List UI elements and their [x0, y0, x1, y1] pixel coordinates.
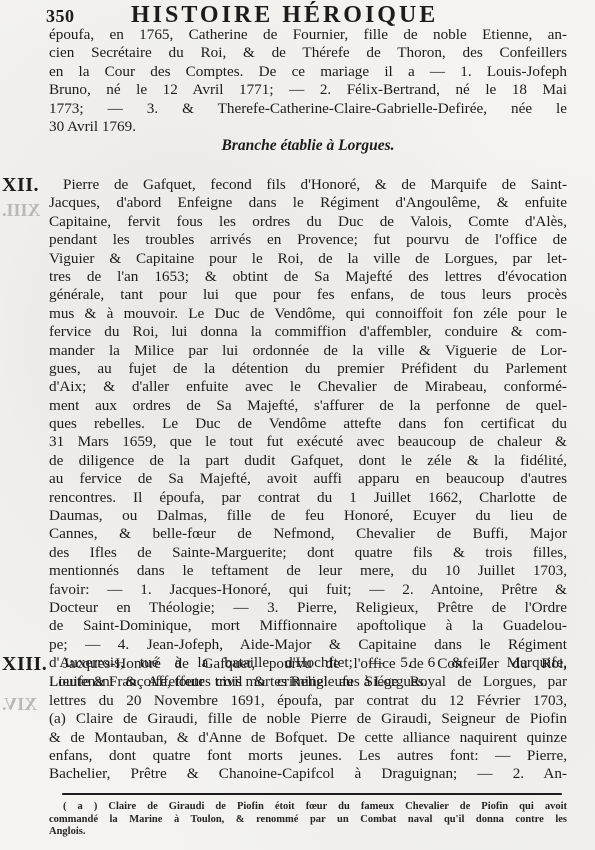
footnote-line: Anglois. — [49, 826, 567, 839]
footnote-rule — [62, 793, 562, 795]
text-line: de Saint-Dominique, mort Miffionnaire ap… — [49, 617, 567, 635]
text-line: cien Secrétaire du Roi, & de Thérefe de … — [49, 44, 567, 62]
text-line: lettres du 20 Novembre 1691, époufa, par… — [49, 692, 567, 710]
text-line: en la Cour des Comptes. De ce mariage il… — [49, 63, 567, 81]
book-page: 350 HISTOIRE HÉROIQUE époufa, en 1765, C… — [0, 0, 595, 850]
text-line: au fervice de Sa Majefté, avoit auffi ap… — [49, 470, 567, 488]
text-line: Bachelier, Prêtre & Chanoine-Capifcol à … — [49, 765, 567, 783]
text-line: pe; — 4. Jean-Jofeph, Aide-Major & Capit… — [49, 636, 567, 654]
bleed-through-marker: XIII. — [2, 200, 41, 221]
text-line: 30 Avril 1769. — [49, 118, 567, 136]
text-line: gues, au fujet de la détention du premie… — [49, 360, 567, 378]
generation-paragraph: Pierre de Gafquet, fecond fils d'Honoré,… — [49, 176, 567, 691]
page-number: 350 — [46, 6, 75, 27]
text-line: Lieutenant & Affeffeur civil & criminel … — [49, 673, 567, 691]
text-line: tres de l'an 1653; & obtint de Sa Majeft… — [49, 268, 567, 286]
footnote: ( a ) Claire de Giraudi de Piofin étoit … — [49, 801, 567, 839]
text-line: de diligence de la part dudit Gafquet, d… — [49, 452, 567, 470]
text-line: 31 Mars 1659, que le tout fut exécuté av… — [49, 433, 567, 451]
generation-paragraph: Jacques-Honoré de Gafquet, pourvu de l'o… — [49, 655, 567, 784]
text-line: pendant les troubles arrivés en Provence… — [49, 231, 567, 249]
text-line: Capitaine, fervit fous les ordres du Duc… — [49, 213, 567, 231]
text-line: Daumas, ou Dalmas, fille de feu Honoré, … — [49, 507, 567, 525]
generation-marker: XIII. — [2, 653, 47, 676]
text-line: 1773; — 3. & Therefe-Catherine-Claire-Ga… — [49, 100, 567, 118]
text-line: fervice du Roi, lui donna la commiffion … — [49, 323, 567, 341]
text-line: (a) Claire de Giraudi, fille de noble Pi… — [49, 710, 567, 728]
text-line: mus & à mouvoir. Le Duc de Vendôme, qui … — [49, 305, 567, 323]
text-line: des Ifles de Sainte-Marguerite; dont qua… — [49, 544, 567, 562]
bleed-through-marker: XIV. — [2, 694, 37, 715]
text-line: Docteur en Théologie; — 3. Pierre, Relig… — [49, 599, 567, 617]
running-title: HISTOIRE HÉROIQUE — [131, 2, 438, 29]
text-line: Cannes, & belle-fœur de Nefmond, Chevali… — [49, 525, 567, 543]
text-line: favoir: — 1. Jacques-Honoré, qui fuit; —… — [49, 581, 567, 599]
text-line: ques rebelles. Le Duc de Vendôme attefte… — [49, 415, 567, 433]
text-line: Viguier & Capitaine pour le Roi, de la v… — [49, 250, 567, 268]
text-line: & de Montauban, & d'Anne de Bofquet. De … — [49, 729, 567, 747]
text-line: ment aux ordres de Sa Majefté, s'affurer… — [49, 397, 567, 415]
text-line: Pierre de Gafquet, fecond fils d'Honoré,… — [49, 176, 567, 194]
text-line: Jacques, d'abord Enfeigne dans le Régime… — [49, 194, 567, 212]
text-line: d'Aix; & d'aller enfuite avec le Chevali… — [49, 378, 567, 396]
generation-marker: XII. — [2, 174, 39, 197]
text-line: mander la Milice par lui ordonnée de la … — [49, 342, 567, 360]
intro-paragraph: époufa, en 1765, Catherine de Fournier, … — [49, 26, 567, 136]
footnote-line: commandé la Marine à Toulon, & renommé p… — [49, 814, 567, 827]
text-line: rencontres. Il époufa, par contrat du 1 … — [49, 489, 567, 507]
text-line: Bruno, né le 12 Avril 1771; — 2. Félix-B… — [49, 81, 567, 99]
text-line: époufa, en 1765, Catherine de Fournier, … — [49, 26, 567, 44]
branch-heading: Branche établie à Lorgues. — [49, 137, 567, 155]
text-line: générale, tant pour lui que pour fes enf… — [49, 286, 567, 304]
text-line: enfans, dont quatre font morts jeunes. L… — [49, 747, 567, 765]
text-line: mentionnés dans le teftament de leur mer… — [49, 562, 567, 580]
footnote-line: ( a ) Claire de Giraudi de Piofin étoit … — [49, 801, 567, 814]
text-line: Jacques-Honoré de Gafquet, pourvu de l'o… — [49, 655, 567, 673]
